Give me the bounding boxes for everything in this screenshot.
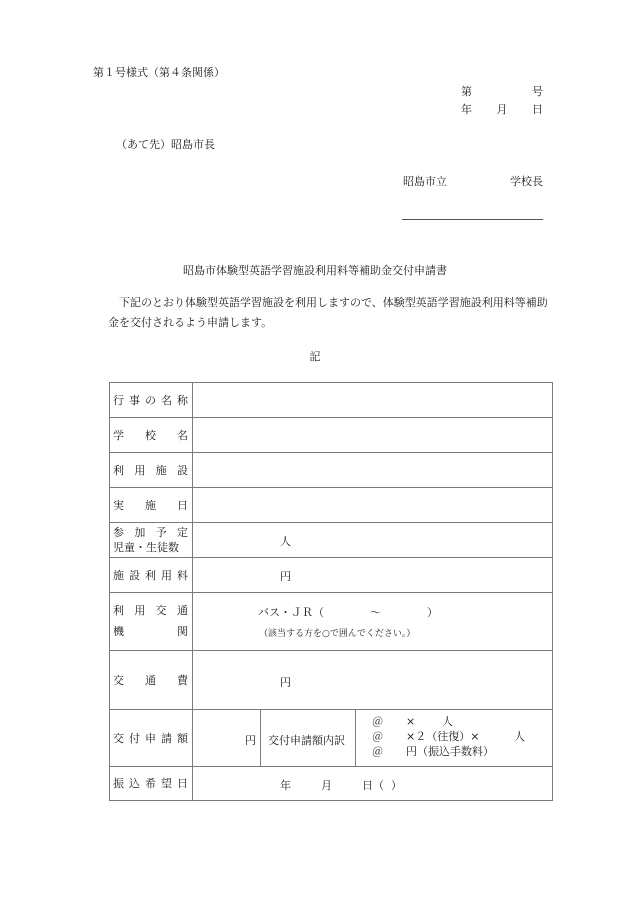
doc-no-prefix: 第 bbox=[461, 83, 472, 99]
transport-options: バス・ＪＲ（ ～ ） bbox=[258, 604, 438, 620]
event-name-field[interactable] bbox=[196, 386, 548, 413]
transport-instruction: （該当する方を○で囲んでください。） bbox=[259, 626, 415, 639]
document-number: 第 号 bbox=[461, 83, 543, 99]
doc-no-suffix: 号 bbox=[532, 83, 543, 99]
facility-fee-unit: 円 bbox=[280, 568, 291, 584]
label-transport-cost: 交通費 bbox=[113, 650, 188, 709]
date-day: 日 bbox=[532, 101, 543, 117]
school-principal: 学校長 bbox=[510, 173, 543, 189]
amount-divider bbox=[260, 709, 261, 766]
facility-field[interactable] bbox=[196, 456, 548, 483]
transfer-month: 月 bbox=[321, 777, 332, 793]
school-prefix: 昭島市立 bbox=[403, 173, 447, 189]
implementation-date-field[interactable] bbox=[196, 491, 548, 518]
label-facility: 利用施設 bbox=[113, 452, 188, 487]
label-transport: 利用交通 機関 bbox=[113, 592, 188, 650]
label-school-name: 学校名 bbox=[113, 417, 188, 452]
signature-line bbox=[402, 219, 543, 220]
date-year: 年 bbox=[461, 101, 472, 117]
participants-unit: 人 bbox=[280, 533, 291, 549]
table-border-left bbox=[109, 382, 110, 801]
breakdown-line-2: ＠ ×２（往復）× 人 bbox=[372, 729, 542, 744]
requested-amount-unit: 円 bbox=[245, 732, 256, 748]
breakdown-line-1: ＠ × 人 bbox=[372, 714, 542, 729]
breakdown-lines: ＠ × 人 ＠ ×２（往復）× 人 ＠ 円（振込手数料） bbox=[372, 714, 542, 759]
breakdown-label: 交付申請額内訳 bbox=[268, 732, 345, 748]
breakdown-divider bbox=[355, 709, 356, 766]
transfer-date-field[interactable]: 年 月 日（） bbox=[280, 777, 402, 793]
document-date: 年 月 日 bbox=[461, 101, 543, 117]
table-border-right bbox=[552, 382, 553, 801]
school-name-field[interactable] bbox=[196, 421, 548, 448]
ki-heading: 記 bbox=[0, 348, 630, 364]
addressee: （あて先）昭島市長 bbox=[116, 136, 215, 152]
label-event-name: 行事の名称 bbox=[113, 382, 188, 417]
route-tilde: ～ bbox=[370, 604, 381, 620]
label-participants: 参加予定 児童・生徒数 bbox=[113, 522, 188, 557]
transport-cost-unit: 円 bbox=[280, 674, 291, 690]
document-title: 昭島市体験型英語学習施設利用料等補助金交付申請書 bbox=[0, 262, 630, 278]
date-month: 月 bbox=[497, 101, 508, 117]
label-implementation-date: 実施日 bbox=[113, 487, 188, 522]
transfer-year: 年 bbox=[280, 777, 291, 793]
label-requested-amount: 交付申請額 bbox=[113, 709, 188, 766]
breakdown-line-3: ＠ 円（振込手数料） bbox=[372, 744, 542, 759]
application-statement: 下記のとおり体験型英語学習施設を利用しますので、体験型英語学習施設利用料等補助金… bbox=[108, 293, 558, 333]
label-transfer-date: 振込希望日 bbox=[113, 766, 188, 800]
transfer-day-weekday: 日（） bbox=[362, 777, 402, 793]
route-close-paren: ） bbox=[427, 604, 438, 620]
label-column-divider bbox=[192, 382, 193, 801]
table-border-bottom bbox=[109, 800, 553, 801]
bus-jr-option[interactable]: バス・ＪＲ（ bbox=[258, 604, 324, 620]
applicant-school: 昭島市立 学校長 bbox=[403, 173, 543, 189]
label-facility-fee: 施設利用料 bbox=[113, 557, 188, 592]
form-number: 第１号様式（第４条関係） bbox=[93, 64, 225, 80]
